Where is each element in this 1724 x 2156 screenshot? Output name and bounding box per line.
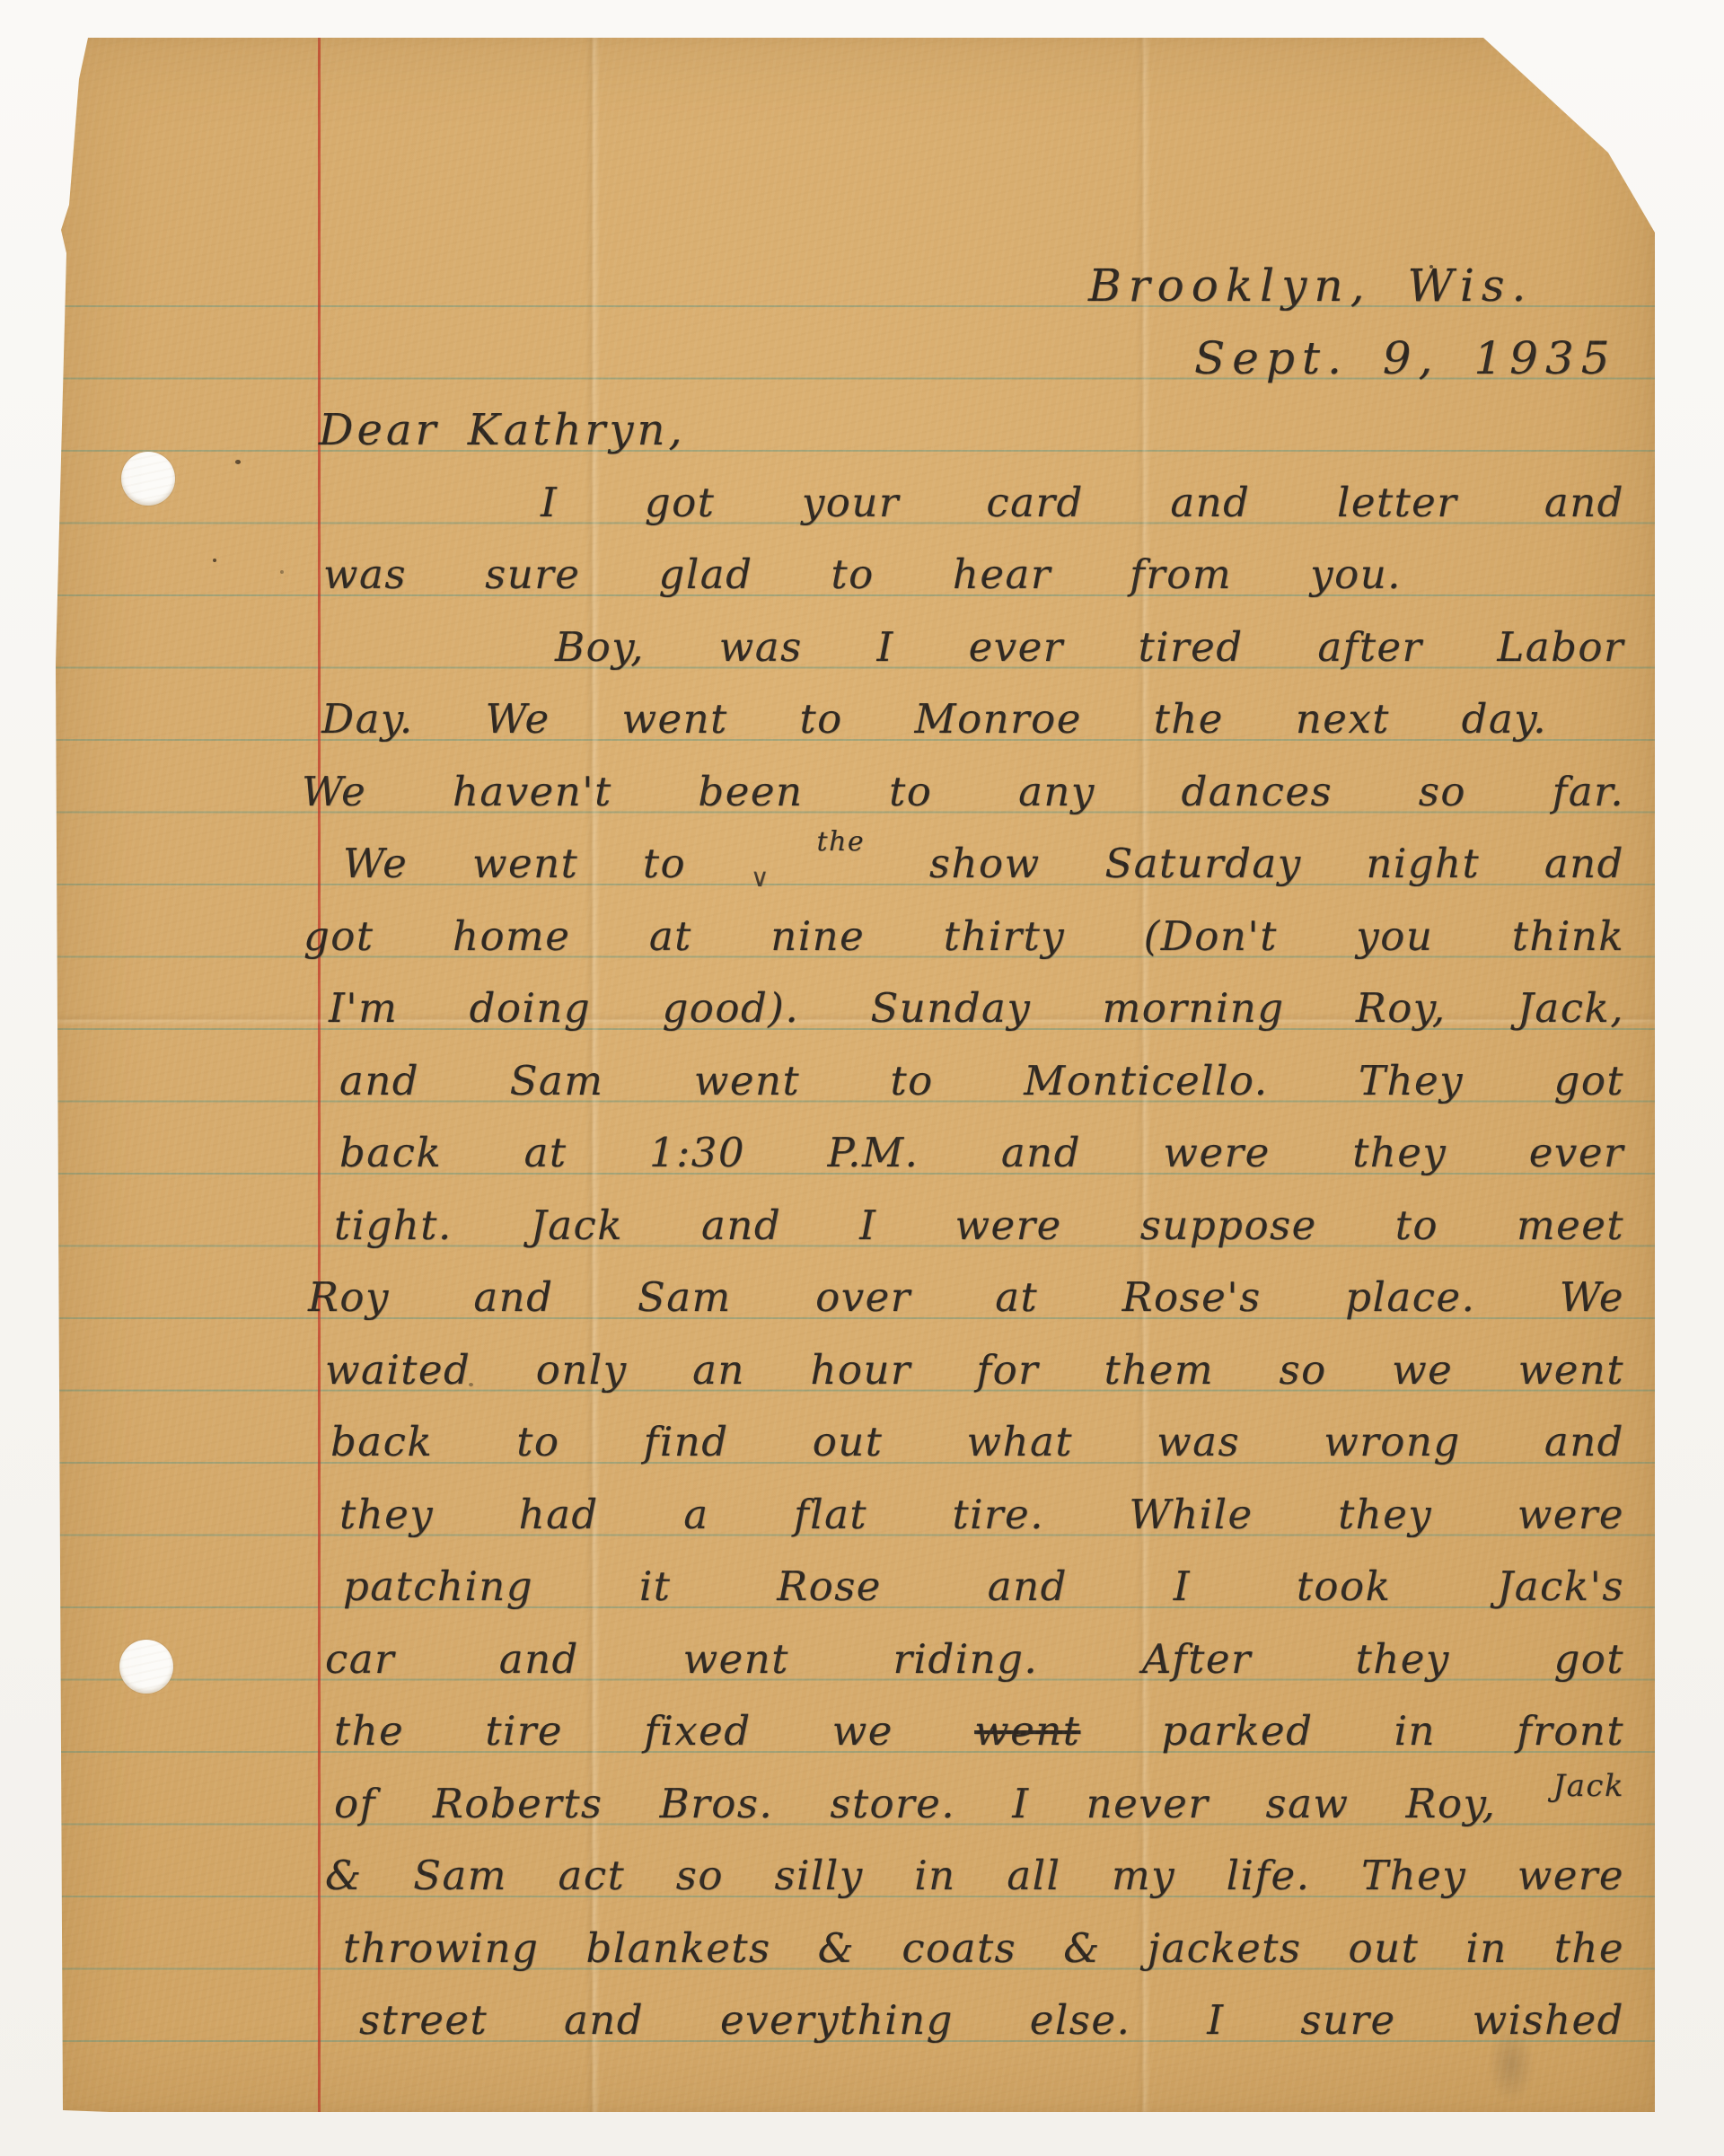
letter-line: & Sam act so silly in all my life. They …	[56, 1824, 1655, 1896]
dateline-location: Brooklyn, Wis.	[56, 233, 1655, 306]
punch-hole-bottom	[119, 1640, 173, 1694]
letter-line: car and went riding. After they got	[56, 1607, 1655, 1680]
letter-line: back to find out what was wrong and	[56, 1390, 1655, 1463]
letter-line: street and everything else. I sure wishe…	[56, 1968, 1655, 2041]
paper-speck	[280, 570, 284, 574]
letter-line: Boy, was I ever tired after Labor	[56, 595, 1655, 668]
letter-line-with-insertion: of Roberts Bros. store. I never saw Roy,…	[56, 1752, 1655, 1825]
letter-line: patching it Rose and I took Jack's	[56, 1535, 1655, 1607]
paper-speck	[1429, 265, 1433, 268]
punch-hole-top	[121, 452, 175, 506]
line-part: show Saturday night and	[929, 840, 1624, 887]
paper-speck	[213, 559, 216, 562]
letter-line: got home at nine thirty (Don't you think	[56, 884, 1655, 957]
ink-smudge	[1488, 2025, 1535, 2104]
letter-line: I'm doing good). Sunday morning Roy, Jac…	[56, 956, 1655, 1029]
line-part: of Roberts Bros. store. I never saw Roy,	[334, 1780, 1496, 1827]
letter-line: Day. We went to Monroe the next day.	[56, 667, 1655, 740]
letter-line-with-strikethrough: the tire fixed we went parked in front	[56, 1679, 1655, 1752]
letter-line: I got your card and letter and	[56, 451, 1655, 524]
line-part: We went to	[343, 840, 686, 887]
insertion-caret: ∨	[751, 826, 770, 930]
paper-speck	[235, 460, 241, 464]
letter-line: Roy and Sam over at Rose's place. We	[56, 1245, 1655, 1318]
line-part: the tire fixed we	[334, 1707, 893, 1755]
letter-paper: Brooklyn, Wis. Sept. 9, 1935 Dear Kathry…	[56, 36, 1655, 2112]
letter-line: and Sam went to Monticello. They got	[56, 1029, 1655, 1102]
letter-line: throwing blankets & coats & jackets out …	[56, 1896, 1655, 1969]
letter-line: tight. Jack and I were suppose to meet	[56, 1174, 1655, 1246]
inserted-word: the	[817, 790, 866, 894]
paper-speck	[469, 1383, 473, 1386]
handwritten-text: Brooklyn, Wis. Sept. 9, 1935 Dear Kathry…	[56, 233, 1655, 2041]
scan-background: { "letter": { "heading": { "location": "…	[0, 0, 1724, 2156]
inserted-word: Jack	[1552, 1734, 1624, 1838]
dateline-date: Sept. 9, 1935	[56, 306, 1655, 379]
letter-line: was sure glad to hear from you.	[56, 523, 1655, 595]
struck-word: went	[974, 1707, 1080, 1755]
salutation: Dear Kathryn,	[56, 378, 1655, 451]
letter-line: they had a flat tire. While they were	[56, 1463, 1655, 1536]
letter-line: back at 1:30 P.M. and were they ever	[56, 1101, 1655, 1174]
letter-line-with-insertion: We went to ∨ the show Saturday night and	[56, 812, 1655, 884]
letter-line: waited only an hour for them so we went	[56, 1318, 1655, 1391]
